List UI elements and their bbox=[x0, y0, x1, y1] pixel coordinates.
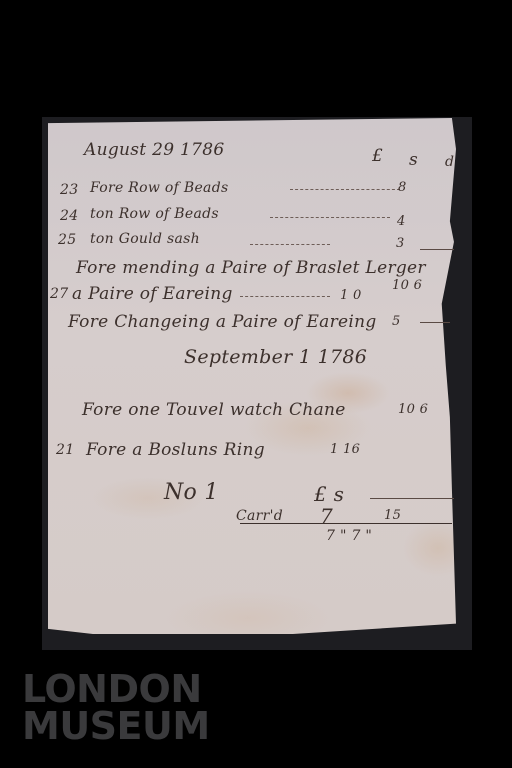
entry-text: Fore Row of Beads bbox=[90, 180, 228, 196]
entry-number: 21 bbox=[56, 442, 74, 458]
entry-amount: 3 bbox=[396, 236, 405, 251]
summary-total: 7 " 7 " bbox=[326, 528, 372, 544]
entry-amount: 5 bbox=[392, 314, 401, 329]
ruled-line bbox=[370, 498, 454, 499]
total-line bbox=[240, 523, 452, 524]
entry-amount: 4 bbox=[397, 214, 406, 229]
entry-amount: 10 6 bbox=[392, 278, 422, 293]
heading-date: August 29 1786 bbox=[84, 140, 225, 160]
leader-dashes bbox=[250, 244, 330, 245]
column-header-shillings: s bbox=[409, 150, 418, 170]
entry-number: 24 bbox=[60, 208, 78, 224]
entry-text: ton Gould sash bbox=[90, 231, 200, 247]
entry-amount: 10 6 bbox=[398, 402, 428, 417]
entry-text: Fore a Bosluns Ring bbox=[86, 440, 265, 460]
london-museum-logo: LONDON MUSEUM bbox=[22, 671, 210, 745]
entry-text: a Paire of Eareing bbox=[72, 284, 233, 304]
entry-number: 23 bbox=[60, 182, 78, 198]
entry-text: ton Row of Beads bbox=[90, 206, 219, 222]
carried-shillings: 15 bbox=[384, 508, 401, 523]
entry-amount: 1 16 bbox=[330, 442, 360, 457]
entry-number: 27 bbox=[50, 286, 68, 302]
leader-dashes bbox=[270, 217, 390, 218]
entry-amount: 1 0 bbox=[340, 288, 362, 303]
summary-number: No 1 bbox=[164, 480, 219, 505]
ruled-line bbox=[420, 249, 454, 250]
column-header-pence: d bbox=[445, 154, 454, 170]
summary-currency-marks: £ s bbox=[314, 482, 344, 506]
column-header-pounds: £ bbox=[372, 146, 383, 166]
entry-text: Fore Changeing a Paire of Eareing bbox=[68, 312, 377, 332]
entry-text: Fore mending a Paire of Braslet Lerger bbox=[76, 258, 426, 278]
leader-dashes bbox=[290, 189, 400, 190]
entry-number: 25 bbox=[58, 232, 76, 248]
leader-dashes bbox=[240, 296, 330, 297]
ruled-line bbox=[420, 322, 450, 323]
logo-line-2: MUSEUM bbox=[22, 708, 210, 745]
logo-line-1: LONDON bbox=[22, 671, 210, 708]
carried-label: Carr'd bbox=[236, 508, 283, 524]
entry-text: Fore one Touvel watch Chane bbox=[82, 400, 346, 420]
carried-pounds: 7 bbox=[320, 504, 333, 528]
entry-amount: 8 bbox=[398, 180, 407, 195]
second-date: September 1 1786 bbox=[184, 346, 367, 368]
